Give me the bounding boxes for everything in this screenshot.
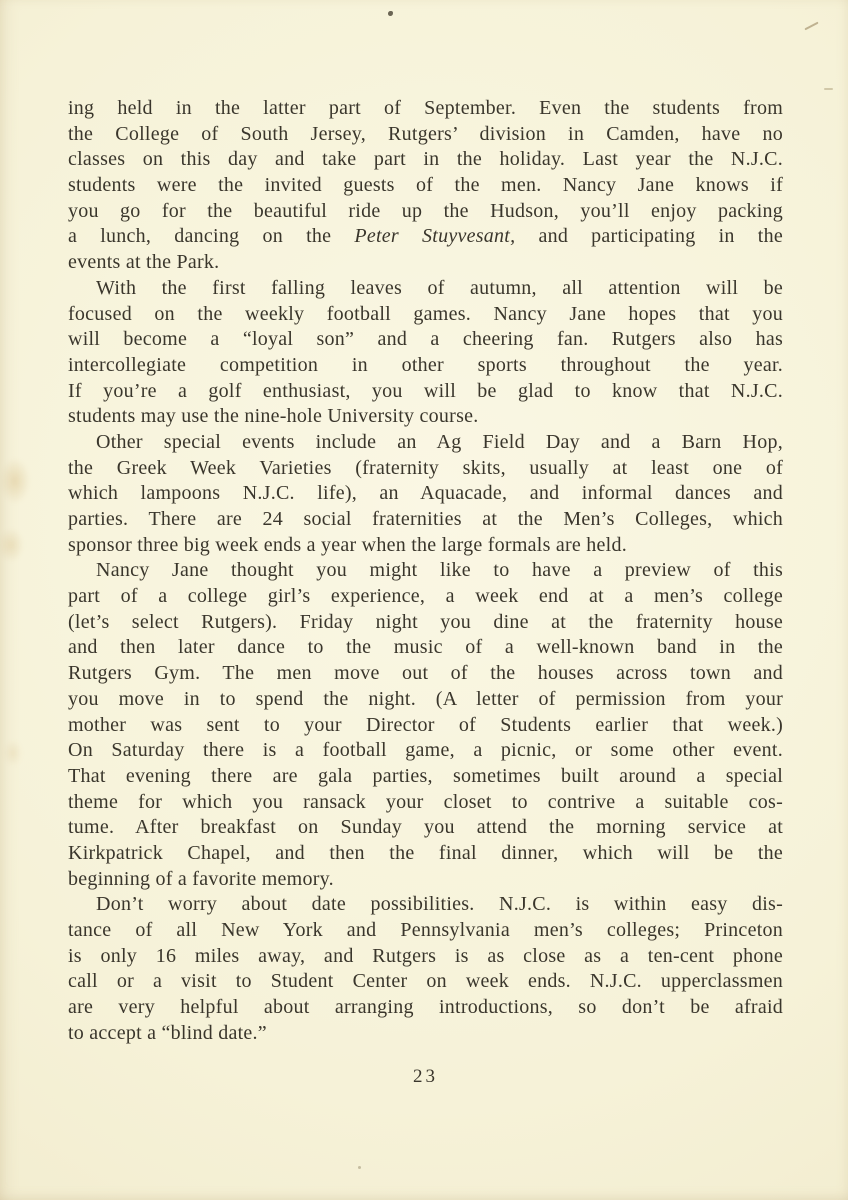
text-segment: beginning of a favorite memory. — [68, 868, 334, 890]
ink-speck — [388, 11, 393, 16]
text-line: theme for which you ransack your closet … — [68, 790, 783, 816]
text-segment: That evening there are gala parties, som… — [68, 765, 783, 787]
text-line: tance of all New York and Pennsylvania m… — [68, 918, 783, 944]
text-segment: If you’re a golf enthusiast, you will be… — [68, 380, 783, 402]
text-line: sponsor three big week ends a year when … — [68, 533, 783, 559]
text-line: which lampoons N.J.C. life), an Aquacade… — [68, 481, 783, 507]
text-segment: mother was sent to your Director of Stud… — [68, 714, 783, 736]
text-segment: (let’s select Rutgers). Friday night you… — [68, 611, 783, 633]
text-line: Don’t worry about date possibilities. N.… — [68, 892, 783, 918]
text-line: the College of South Jersey, Rutgers’ di… — [68, 122, 783, 148]
text-segment: focused on the weekly football games. Na… — [68, 303, 783, 325]
page-text: ing held in the latter part of September… — [68, 96, 783, 1046]
text-segment: On Saturday there is a football game, a … — [68, 739, 783, 761]
text-segment: Kirkpatrick Chapel, and then the final d… — [68, 842, 783, 864]
paper-stain — [4, 740, 22, 766]
text-line: are very helpful about arranging introdu… — [68, 995, 783, 1021]
text-line: a lunch, dancing on the Peter Stuyvesant… — [68, 224, 783, 250]
text-segment: you go for the beautiful ride up the Hud… — [68, 200, 783, 222]
text-line: Other special events include an Ag Field… — [68, 430, 783, 456]
text-line: ing held in the latter part of September… — [68, 96, 783, 122]
text-segment: the College of South Jersey, Rutgers’ di… — [68, 123, 783, 145]
paper-stain — [0, 458, 30, 504]
text-line: Kirkpatrick Chapel, and then the final d… — [68, 841, 783, 867]
paragraph: With the first falling leaves of autumn,… — [68, 276, 783, 430]
paper-stain — [0, 528, 24, 562]
text-segment: Other special events include an Ag Field… — [96, 431, 783, 453]
italic-text: Peter Stuyvesant, — [354, 225, 515, 247]
scratch-mark — [824, 88, 833, 90]
text-line: students were the invited guests of the … — [68, 173, 783, 199]
text-line: tume. After breakfast on Sunday you atte… — [68, 815, 783, 841]
text-segment: intercollegiate competition in other spo… — [68, 354, 783, 376]
text-line: With the first falling leaves of autumn,… — [68, 276, 783, 302]
text-segment: parties. There are 24 social fraternitie… — [68, 508, 783, 530]
text-line: beginning of a favorite memory. — [68, 867, 783, 893]
text-segment: tance of all New York and Pennsylvania m… — [68, 919, 783, 941]
text-line: the Greek Week Varieties (fraternity ski… — [68, 456, 783, 482]
text-segment: you move in to spend the night. (A lette… — [68, 688, 783, 710]
text-segment: sponsor three big week ends a year when … — [68, 534, 627, 556]
text-line: Nancy Jane thought you might like to hav… — [68, 558, 783, 584]
text-segment: classes on this day and take part in the… — [68, 148, 783, 170]
ink-speck — [358, 1166, 361, 1169]
text-line: call or a visit to Student Center on wee… — [68, 969, 783, 995]
page-number: 23 — [68, 1066, 783, 1088]
text-segment: and then later dance to the music of a w… — [68, 636, 783, 658]
text-line: mother was sent to your Director of Stud… — [68, 713, 783, 739]
text-segment: will become a “loyal son” and a cheering… — [68, 328, 783, 350]
text-segment: to accept a “blind date.” — [68, 1022, 267, 1044]
text-segment: a lunch, dancing on the — [68, 225, 354, 247]
text-segment: which lampoons N.J.C. life), an Aquacade… — [68, 482, 783, 504]
text-line: you go for the beautiful ride up the Hud… — [68, 199, 783, 225]
text-segment: call or a visit to Student Center on wee… — [68, 970, 783, 992]
text-segment: and participating in the — [515, 225, 783, 247]
text-line: you move in to spend the night. (A lette… — [68, 687, 783, 713]
text-segment: With the first falling leaves of autumn,… — [96, 277, 783, 299]
text-line: events at the Park. — [68, 250, 783, 276]
text-line: and then later dance to the music of a w… — [68, 635, 783, 661]
text-segment: students were the invited guests of the … — [68, 174, 783, 196]
text-line: part of a college girl’s experience, a w… — [68, 584, 783, 610]
text-line: classes on this day and take part in the… — [68, 147, 783, 173]
book-page: ing held in the latter part of September… — [0, 0, 848, 1200]
paragraph: ing held in the latter part of September… — [68, 96, 783, 276]
text-line: will become a “loyal son” and a cheering… — [68, 327, 783, 353]
text-segment: are very helpful about arranging introdu… — [68, 996, 783, 1018]
paragraph: Don’t worry about date possibilities. N.… — [68, 892, 783, 1046]
text-line: Rutgers Gym. The men move out of the hou… — [68, 661, 783, 687]
text-segment: events at the Park. — [68, 251, 219, 273]
text-segment: the Greek Week Varieties (fraternity ski… — [68, 457, 783, 479]
paragraph: Nancy Jane thought you might like to hav… — [68, 558, 783, 892]
text-segment: Rutgers Gym. The men move out of the hou… — [68, 662, 783, 684]
text-line: If you’re a golf enthusiast, you will be… — [68, 379, 783, 405]
text-line: On Saturday there is a football game, a … — [68, 738, 783, 764]
text-line: focused on the weekly football games. Na… — [68, 302, 783, 328]
text-segment: is only 16 miles away, and Rutgers is as… — [68, 945, 783, 967]
text-segment: students may use the nine-hole Universit… — [68, 405, 479, 427]
text-line: to accept a “blind date.” — [68, 1021, 783, 1047]
text-line: intercollegiate competition in other spo… — [68, 353, 783, 379]
text-segment: ing held in the latter part of September… — [68, 97, 783, 119]
text-segment: theme for which you ransack your closet … — [68, 791, 783, 813]
text-line: That evening there are gala parties, som… — [68, 764, 783, 790]
paragraph: Other special events include an Ag Field… — [68, 430, 783, 558]
scratch-mark — [804, 22, 818, 31]
text-segment: part of a college girl’s experience, a w… — [68, 585, 783, 607]
text-line: students may use the nine-hole Universit… — [68, 404, 783, 430]
text-line: (let’s select Rutgers). Friday night you… — [68, 610, 783, 636]
text-segment: Nancy Jane thought you might like to hav… — [96, 559, 783, 581]
text-segment: Don’t worry about date possibilities. N.… — [96, 893, 783, 915]
text-line: is only 16 miles away, and Rutgers is as… — [68, 944, 783, 970]
text-segment: tume. After breakfast on Sunday you atte… — [68, 816, 783, 838]
text-line: parties. There are 24 social fraternitie… — [68, 507, 783, 533]
